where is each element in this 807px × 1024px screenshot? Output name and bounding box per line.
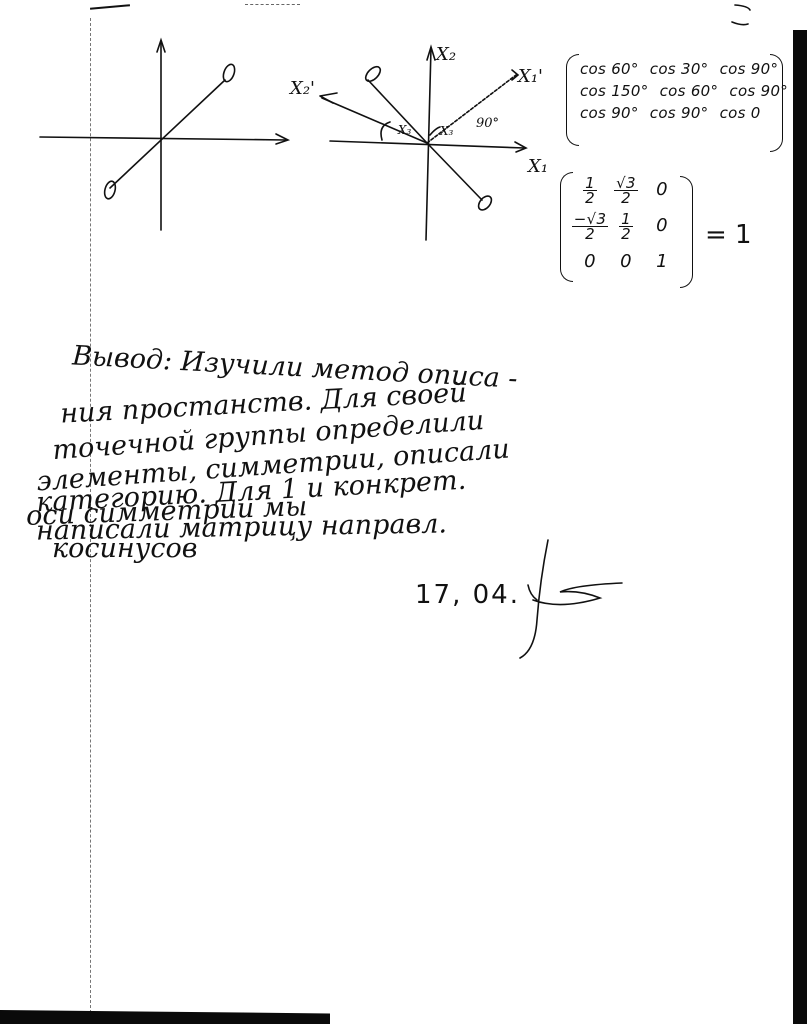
matrix-cell: 0 [608,251,644,273]
left-x-arrow [276,134,288,144]
matrix-cell: cos 60° [580,58,639,80]
label-x1: X₁ [528,156,548,177]
matrix-values-row: −√32 12 0 [572,208,680,244]
matrix-cosines: cos 60° cos 30° cos 90° cos 150° cos 60°… [580,58,794,124]
matrix-cell: 0 [644,215,680,237]
matrix-fraction: 12 [608,212,644,241]
right-axes-diagram [320,47,526,240]
scanned-page: X₂ X₁' X₁ X₂' X₃ X₃ 90° cos 60° cos 30° … [0,0,807,1024]
matrix-cell: cos 90° [720,58,779,80]
matrix-cell: cos 90° [729,80,788,102]
matrix-cosines-left-bracket [566,54,579,146]
left-loop-bottom [103,180,117,200]
matrix-values-right-bracket [680,176,693,288]
matrix-cell: 0 [644,179,680,201]
matrix-cell: cos 60° [660,80,719,102]
matrix-cell: cos 0 [720,102,761,124]
conclusion-line: косинусов [52,533,197,564]
date: 17, 04. [415,580,520,610]
label-x3-left: X₃ [398,123,411,137]
matrix-cosines-row: cos 60° cos 30° cos 90° [580,58,794,80]
matrix-values: 12 √32 0 −√32 12 0 0 0 1 [572,172,680,280]
signature-stroke [520,540,622,658]
matrix-fraction: −√32 [572,212,608,241]
matrix-fraction: √32 [608,176,644,205]
matrix-cosines-row: cos 90° cos 90° cos 0 [580,102,794,124]
right-tilted-line-lower [427,143,482,200]
matrix-values-row: 0 0 1 [572,244,680,280]
label-x1-prime: X₁' [518,66,543,87]
matrix-cell: cos 90° [580,102,639,124]
matrix-cell: 1 [644,251,680,273]
matrix-cell: cos 30° [650,58,709,80]
matrix-cosines-row: cos 150° cos 60° cos 90° [580,80,794,102]
determinant-result: = 1 [705,220,752,250]
label-x2-prime: X₂' [290,78,315,99]
label-x3-right: X₃ [440,124,453,138]
matrix-fraction: 12 [572,176,608,205]
corner-mark [732,5,750,25]
matrix-values-row: 12 √32 0 [572,172,680,208]
matrix-cell: cos 90° [650,102,709,124]
label-x2: X₂ [436,44,456,65]
left-tilted-line [110,80,225,188]
matrix-cell: cos 150° [580,80,649,102]
left-loop-top [221,63,237,83]
matrix-cell: 0 [572,251,608,273]
right-loop-top [363,64,383,84]
angle-note: 90° [476,116,499,131]
left-axes-diagram [40,40,288,230]
